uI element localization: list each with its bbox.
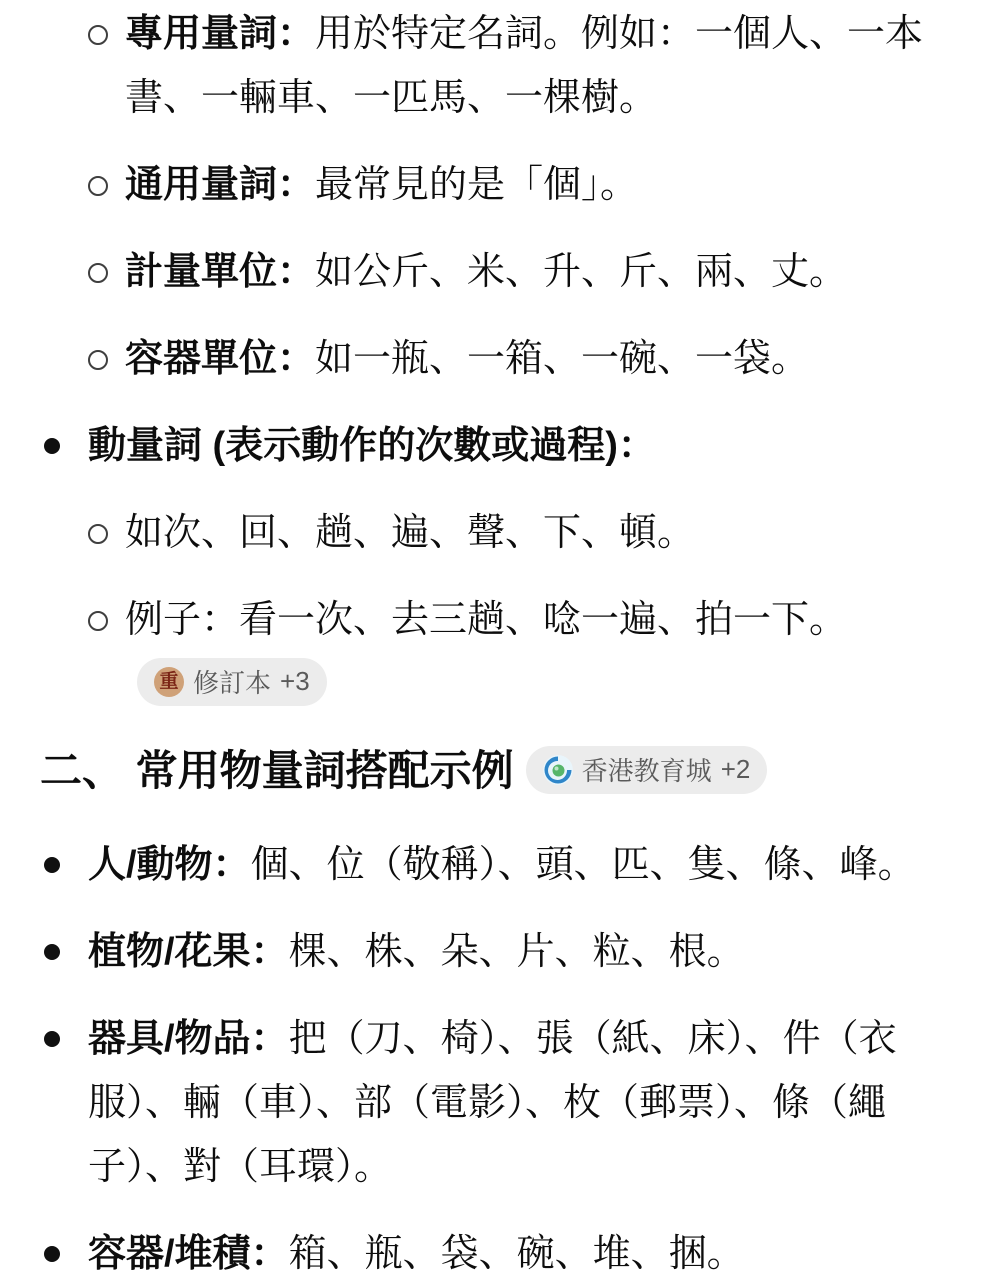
- bullet-column: [44, 833, 88, 897]
- item-text: 棵、株、朵、片、粒、根。: [289, 931, 745, 973]
- item-text-block: 容器/堆積：箱、瓶、袋、碗、堆、捆。: [88, 1222, 946, 1280]
- citation-pill-hkedcity[interactable]: 香港教育城+2: [526, 746, 768, 794]
- list-item-verbal-example-sentences: 例子：看一次、去三趟、唸一遍、拍一下。重修訂本+3: [0, 588, 946, 716]
- circle-bullet-icon: [88, 176, 108, 196]
- answer-body: 專用量詞：用於特定名詞。例如：一個人、一本書、一輛車、一匹馬、一棵樹。 通用量詞…: [0, 0, 990, 1280]
- list-item-measurement-unit: 計量單位：如公斤、米、升、斤、兩、丈。: [0, 240, 946, 304]
- disc-bullet-icon: [44, 438, 60, 454]
- citation-source: 修訂本: [193, 663, 271, 700]
- disc-bullet-icon: [44, 857, 60, 873]
- seal-glyph: 重: [159, 672, 178, 691]
- circle-bullet-icon: [88, 524, 108, 544]
- item-text: 個、位（敬稱）、頭、匹、隻、條、峰。: [251, 844, 916, 886]
- hkedcity-swirl-logo-icon: [543, 755, 573, 785]
- item-text: 如次、回、趟、遍、聲、下、頓。: [125, 512, 695, 554]
- citation-pill-revised-edition[interactable]: 重修訂本+3: [137, 658, 327, 706]
- item-text-block: 如次、回、趟、遍、聲、下、頓。: [125, 501, 946, 565]
- item-label: 人/動物：: [88, 844, 251, 886]
- item-text-block: 例子：看一次、去三趟、唸一遍、拍一下。重修訂本+3: [125, 588, 946, 716]
- item-text-block: 通用量詞：最常見的是「個」。: [125, 153, 946, 217]
- item-text: 如一瓶、一箱、一碗、一袋。: [315, 338, 809, 380]
- item-text-block: 人/動物：個、位（敬稱）、頭、匹、隻、條、峰。: [88, 833, 946, 897]
- bullet-column: [44, 1007, 88, 1199]
- item-text: 例子：看一次、去三趟、唸一遍、拍一下。: [125, 599, 847, 641]
- item-text-block: 植物/花果：棵、株、朵、片、粒、根。: [88, 920, 946, 984]
- list-item-tools-objects: 器具/物品：把（刀、椅）、張（紙、床）、件（衣服）、輛（車）、部（電影）、枚（郵…: [0, 1007, 946, 1199]
- item-text: 如公斤、米、升、斤、兩、丈。: [315, 251, 847, 293]
- item-label: 通用量詞：: [125, 164, 315, 206]
- item-label: 動量詞 (表示動作的次數或過程)：: [88, 425, 656, 467]
- circle-bullet-icon: [88, 263, 108, 283]
- item-label: 器具/物品：: [88, 1018, 289, 1060]
- list-item-special-measure-word: 專用量詞：用於特定名詞。例如：一個人、一本書、一輛車、一匹馬、一棵樹。: [0, 2, 946, 130]
- bullet-column: [88, 2, 125, 130]
- circle-bullet-icon: [88, 611, 108, 631]
- list-item-verbal-measure-word: 動量詞 (表示動作的次數或過程)：: [0, 414, 946, 478]
- item-label: 植物/花果：: [88, 931, 289, 973]
- list-item-people-animals: 人/動物：個、位（敬稱）、頭、匹、隻、條、峰。: [0, 833, 946, 897]
- bullet-column: [88, 240, 125, 304]
- item-text-block: 計量單位：如公斤、米、升、斤、兩、丈。: [125, 240, 946, 304]
- bullet-column: [88, 153, 125, 217]
- disc-bullet-icon: [44, 1031, 60, 1047]
- item-text: 箱、瓶、袋、碗、堆、捆。: [289, 1233, 745, 1275]
- item-label: 專用量詞：: [125, 13, 315, 55]
- citation-count: +2: [721, 754, 751, 785]
- item-text-block: 容器單位：如一瓶、一箱、一碗、一袋。: [125, 327, 946, 391]
- source-favicon-seal-icon: 重: [154, 667, 184, 697]
- list-item-verbal-examples: 如次、回、趟、遍、聲、下、頓。: [0, 501, 946, 565]
- item-text-block: 專用量詞：用於特定名詞。例如：一個人、一本書、一輛車、一匹馬、一棵樹。: [125, 2, 946, 130]
- section-heading-text: 二、 常用物量詞搭配示例: [40, 747, 514, 794]
- bullet-column: [88, 588, 125, 716]
- item-label: 容器/堆積：: [88, 1233, 289, 1275]
- list-item-containers-piles: 容器/堆積：箱、瓶、袋、碗、堆、捆。: [0, 1222, 946, 1280]
- page: { "colors": { "background": "#ffffff", "…: [0, 0, 990, 1280]
- item-label: 容器單位：: [125, 338, 315, 380]
- section-heading: 二、 常用物量詞搭配示例香港教育城+2: [40, 739, 946, 803]
- bullet-column: [44, 920, 88, 984]
- item-text: 最常見的是「個」。: [315, 164, 638, 206]
- citation-count: +3: [280, 666, 310, 697]
- circle-bullet-icon: [88, 350, 108, 370]
- bullet-column: [88, 501, 125, 565]
- item-label: 計量單位：: [125, 251, 315, 293]
- citation-source: 香港教育城: [582, 751, 712, 788]
- item-text-block: 動量詞 (表示動作的次數或過程)：: [88, 414, 946, 478]
- bullet-column: [44, 1222, 88, 1280]
- bullet-column: [88, 327, 125, 391]
- disc-bullet-icon: [44, 1246, 60, 1262]
- item-text-block: 器具/物品：把（刀、椅）、張（紙、床）、件（衣服）、輛（車）、部（電影）、枚（郵…: [88, 1007, 946, 1199]
- list-item-general-measure-word: 通用量詞：最常見的是「個」。: [0, 153, 946, 217]
- disc-bullet-icon: [44, 944, 60, 960]
- list-item-plants-fruits: 植物/花果：棵、株、朵、片、粒、根。: [0, 920, 946, 984]
- bullet-column: [44, 414, 88, 478]
- list-item-container-unit: 容器單位：如一瓶、一箱、一碗、一袋。: [0, 327, 946, 391]
- circle-bullet-icon: [88, 25, 108, 45]
